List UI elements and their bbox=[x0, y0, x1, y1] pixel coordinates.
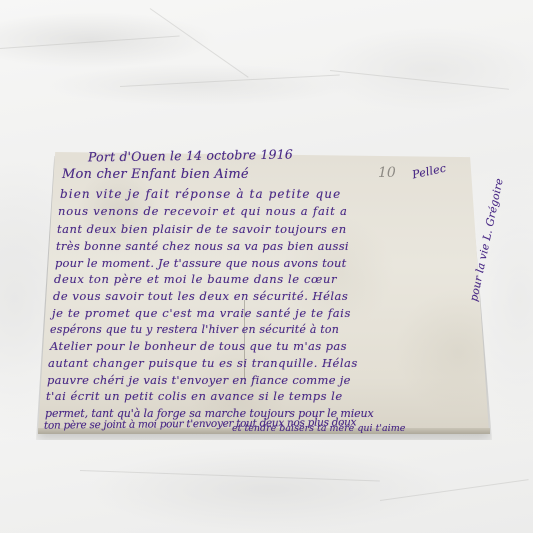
letter-line-11: Atelier pour le bonheur de tous que tu m… bbox=[50, 341, 347, 353]
letter-line-8: de vous savoir tout les deux en sécurité… bbox=[53, 291, 348, 303]
letter-line-14: t'ai écrit un petit colis en avance si l… bbox=[46, 391, 343, 403]
letter-line-12: autant changer puisque tu es si tranquil… bbox=[48, 358, 358, 370]
letter-line-7: deux ton père et moi le baume dans le cœ… bbox=[54, 274, 337, 286]
letter-line-13: pauvre chéri je vais t'envoyer en fiance… bbox=[47, 375, 351, 387]
letter-line-5: très bonne santé chez nous sa va pas bie… bbox=[56, 241, 349, 253]
letter-line-1: Mon cher Enfant bien Aimé bbox=[62, 168, 249, 181]
letter-line-10: espérons que tu y restera l'hiver en séc… bbox=[50, 324, 339, 335]
letter-line-2: bien vite je fait réponse à ta petite qu… bbox=[60, 188, 341, 200]
pencil-number: 10 bbox=[378, 165, 396, 181]
letter-line-9: je te promet que c'est ma vraie santé je… bbox=[52, 308, 351, 320]
letter-line-6: pour le moment. Je t'assure que nous avo… bbox=[55, 258, 346, 270]
letter-line-4: tant deux bien plaisir de te savoir touj… bbox=[57, 224, 347, 236]
letter-line-17: et tendre baisers ta mère qui t'aime bbox=[232, 424, 405, 434]
letter-line-3: nous venons de recevoir et qui nous a fa… bbox=[58, 206, 348, 218]
date-line: Port d'Ouen le 14 octobre 1916 bbox=[88, 149, 293, 164]
